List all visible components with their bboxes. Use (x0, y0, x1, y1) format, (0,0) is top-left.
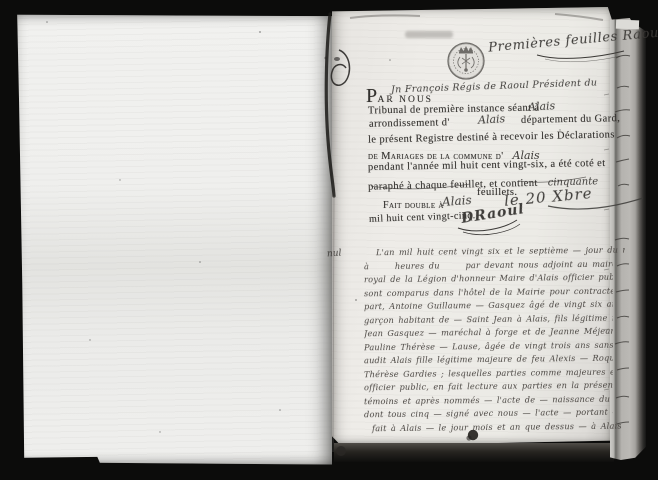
manuscript-line: à heures du par devant nous adjoint au m… (364, 259, 613, 272)
manuscript-line: dont tous cinq — signé avec nous — l'act… (364, 407, 613, 420)
blank-verso-page (14, 13, 332, 465)
manuscript-line: L'an mil huit cent vingt six et le septi… (364, 245, 625, 258)
arrondissement-fill: Alais (478, 112, 506, 126)
manuscript-line: fait à Alais — le jour mois et an que de… (364, 421, 621, 434)
manuscript-line: part, Antoine Guillaume — Gasquez âgé de… (364, 299, 613, 312)
underlying-page-edges (610, 18, 646, 460)
manuscript-line: officier public, en fait lecture aux par… (364, 380, 613, 393)
manuscript-line: Thérèse Gardies ; lesquelles parties com… (364, 367, 613, 380)
manuscript-line: garçon habitant de — Saint Jean à Alais,… (364, 313, 613, 326)
manuscript-line: témoins et après nommés — l'acte de — na… (364, 394, 613, 407)
manuscript-line: Jean Gasquez — maréchal à forge et de Je… (364, 326, 613, 339)
drop-cap-P: P (366, 85, 378, 107)
manuscript-line: audit Alais fille légitime majeure de fe… (364, 353, 613, 366)
manuscript-line: royal de la Légion d'honneur Maire d'Ala… (364, 272, 613, 285)
archival-scan-viewport: Premières feuilles Raoul Jn François Rég… (0, 0, 658, 480)
fait-label: Fait double à (383, 200, 444, 211)
manuscript-line: Pauline Thérèse — Lause, âgée de vingt t… (364, 340, 613, 353)
manuscript-line: sont comparus dans l'hôtel de la Mairie … (364, 286, 613, 299)
departement-label: département du Gard, (521, 113, 620, 126)
arrondissement-label: arrondissement d' (369, 117, 450, 129)
fait-place-fill: Alais (442, 193, 473, 209)
margin-note-nul: nul (327, 249, 342, 260)
ink-bleed-smudge (405, 31, 453, 38)
manuscript-act-body: L'an mil huit cent vingt six et le septi… (364, 246, 613, 436)
page-bottom-shadow (334, 443, 614, 462)
seat-fill: Alais (528, 99, 556, 113)
